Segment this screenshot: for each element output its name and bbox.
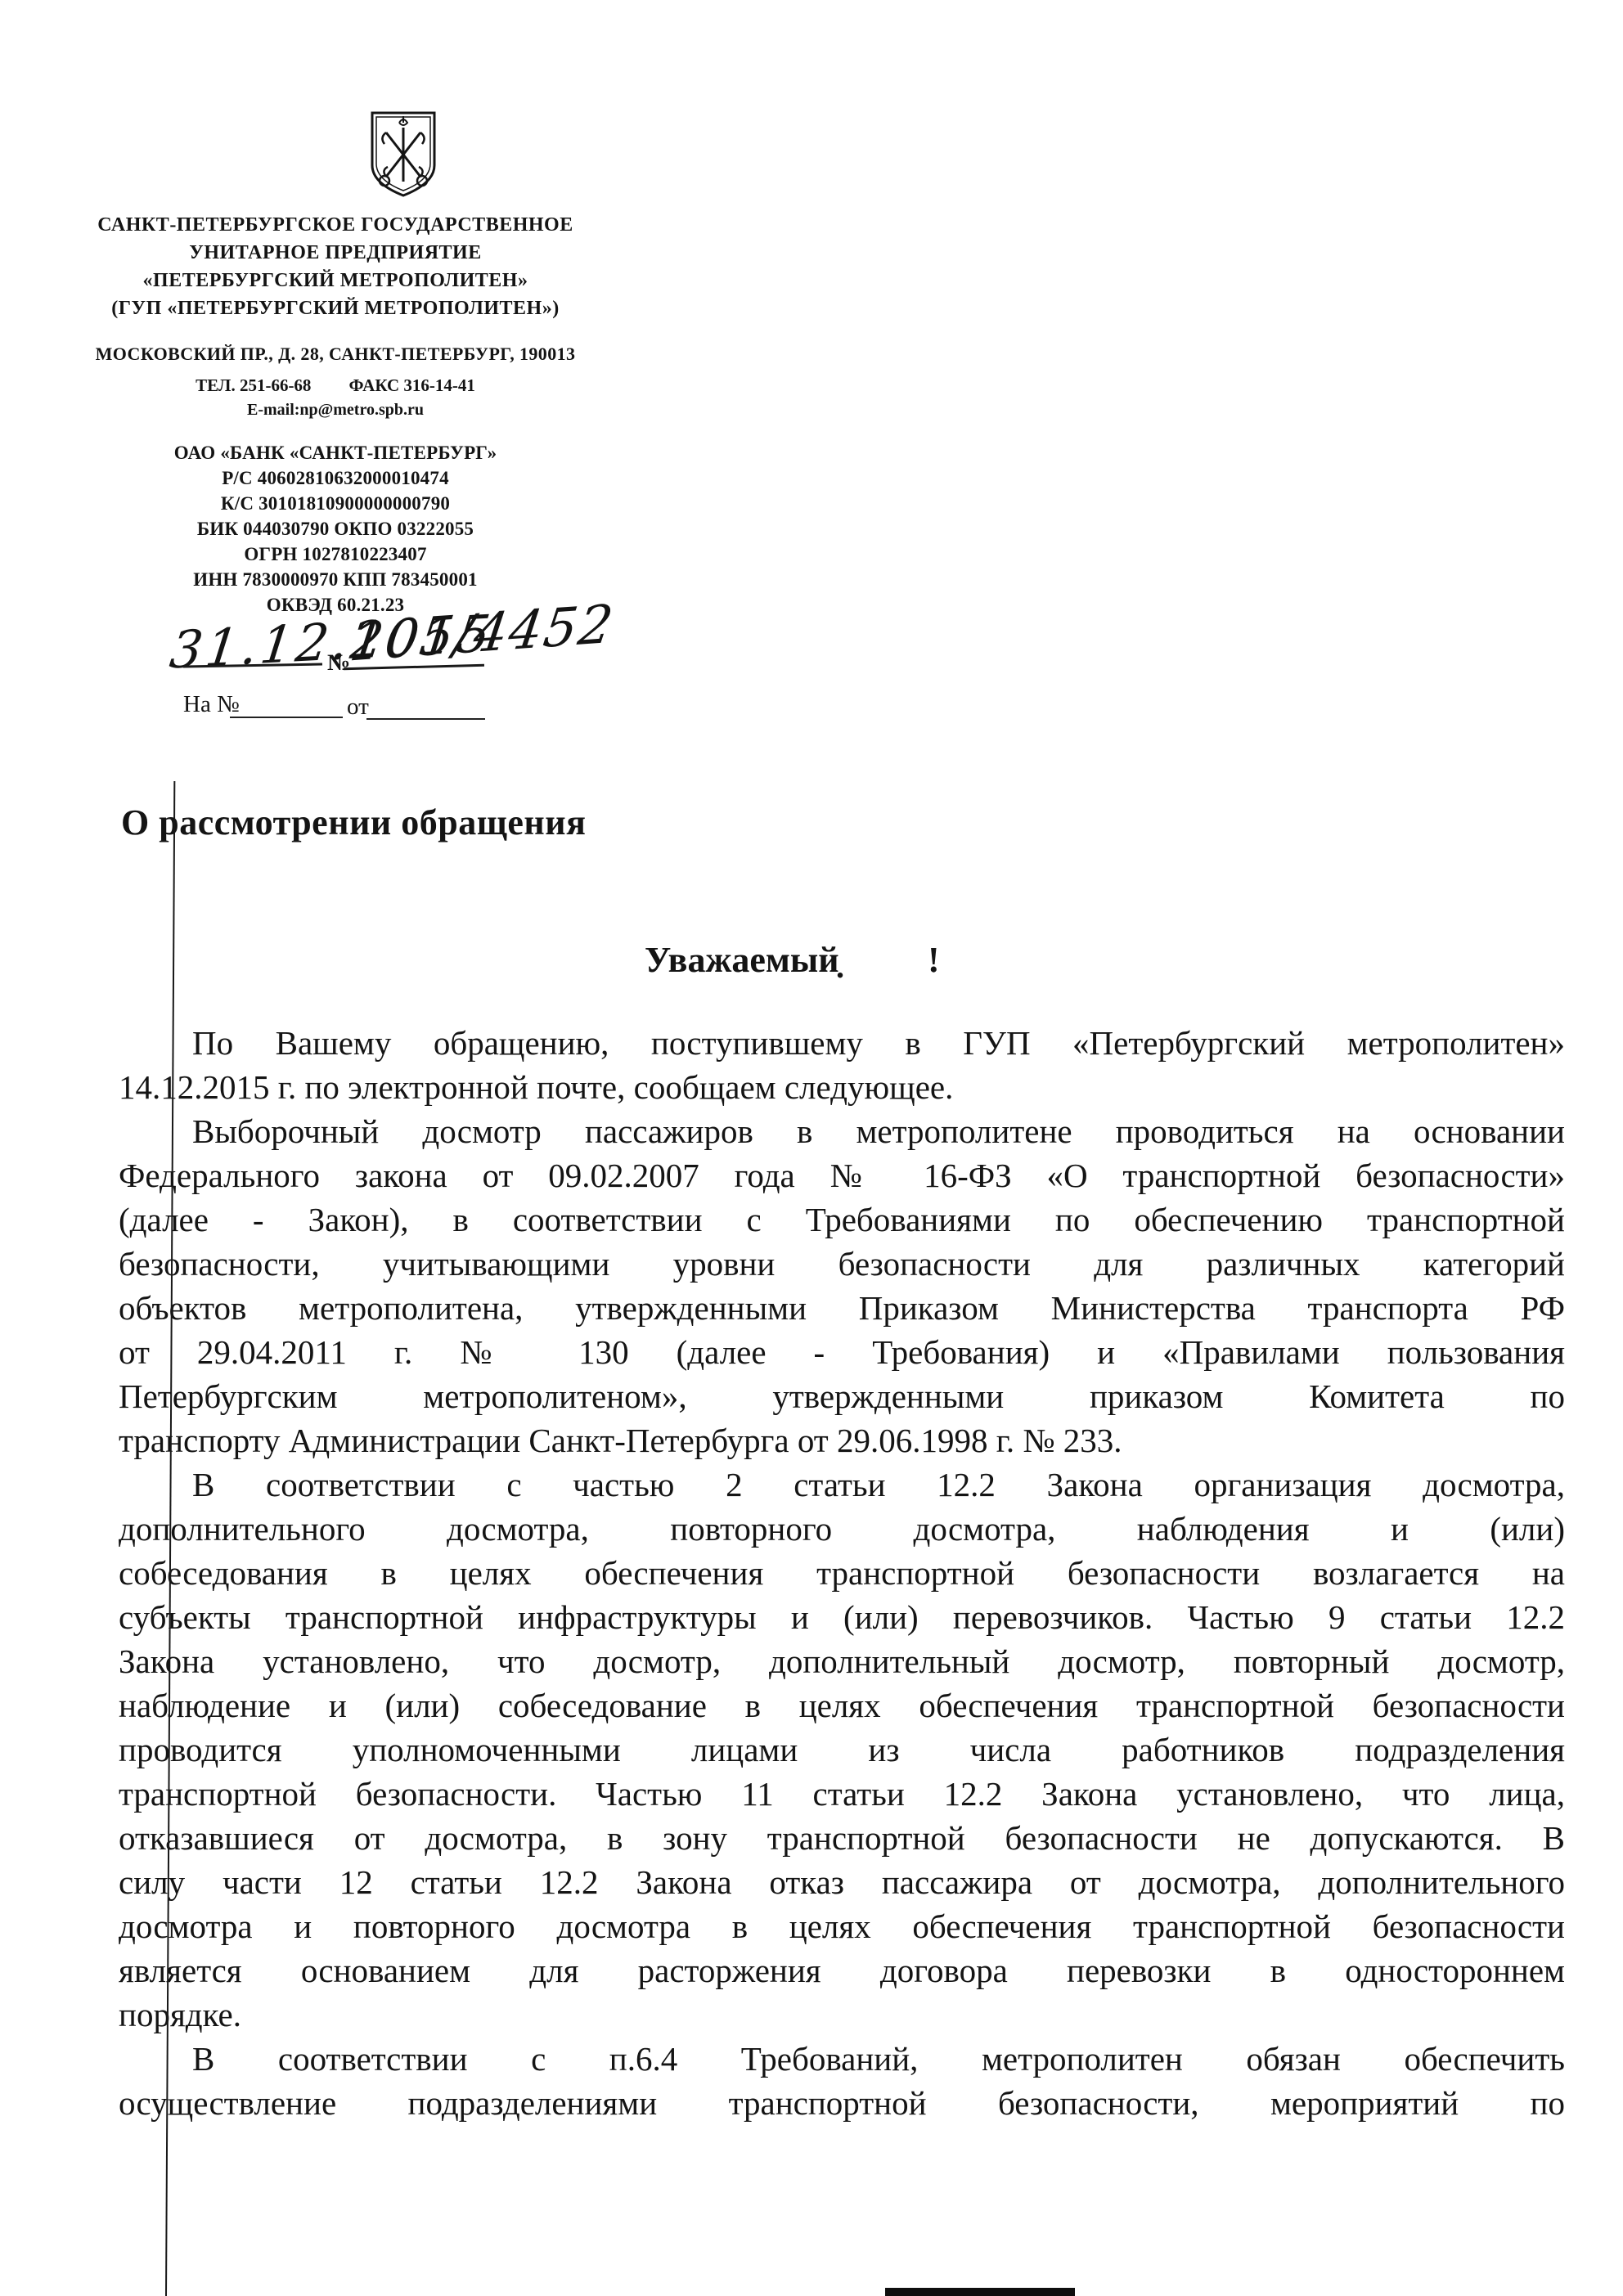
org-name-line: (ГУП «ПЕТЕРБУРГСКИЙ МЕТРОПОЛИТЕН») bbox=[49, 294, 622, 322]
bank-requisite-line: ОГРН 1027810223407 bbox=[49, 541, 622, 567]
body-line: безопасности, учитывающими уровни безопа… bbox=[119, 1242, 1565, 1286]
salutation-text: Уважаемый bbox=[645, 939, 839, 981]
organization-name-block: САНКТ-ПЕТЕРБУРГСКОЕ ГОСУДАРСТВЕННОЕ УНИТ… bbox=[49, 211, 622, 322]
org-name-line: УНИТАРНОЕ ПРЕДПРИЯТИЕ bbox=[49, 239, 622, 267]
body-line: досмотра и повторного досмотра в целях о… bbox=[119, 1904, 1565, 1948]
body-line: осуществление подразделениями транспортн… bbox=[119, 2081, 1565, 2125]
exclamation-mark: ! bbox=[928, 939, 940, 981]
body-line: Федерального закона от 09.02.2007 года №… bbox=[119, 1153, 1565, 1197]
body-line: дополнительного досмотра, повторного дос… bbox=[119, 1507, 1565, 1551]
body-line: Закона установлено, что досмотр, дополни… bbox=[119, 1639, 1565, 1683]
page-bottom-cut-mark bbox=[885, 2288, 1075, 2296]
reply-to-number-label: На № bbox=[183, 691, 240, 718]
body-line: В соответствии с п.6.4 Требований, метро… bbox=[119, 2037, 1565, 2081]
body-line: Петербургским метрополитеном», утвержден… bbox=[119, 1374, 1565, 1418]
body-line: Выборочный досмотр пассажиров в метропол… bbox=[119, 1109, 1565, 1153]
bank-details: ОАО «БАНК «САНКТ-ПЕТЕРБУРГ»Р/С 406028106… bbox=[49, 440, 622, 618]
body-line: отказавшиеся от досмотра, в зону транспо… bbox=[119, 1816, 1565, 1860]
scanned-letter-page: САНКТ-ПЕТЕРБУРГСКОЕ ГОСУДАРСТВЕННОЕ УНИТ… bbox=[0, 0, 1623, 2296]
bank-requisite-line: ОАО «БАНК «САНКТ-ПЕТЕРБУРГ» bbox=[49, 440, 622, 465]
body-line: является основанием для расторжения дого… bbox=[119, 1948, 1565, 1993]
phone-fax-line: ТЕЛ. 251-66-68ФАКС 316-14-41 bbox=[49, 375, 622, 396]
body-line: (далее - Закон), в соответствии с Требов… bbox=[119, 1197, 1565, 1242]
body-line: собеседования в целях обеспечения трансп… bbox=[119, 1551, 1565, 1595]
email-address: E-mail:np@metro.spb.ru bbox=[49, 401, 622, 420]
reply-date-blank bbox=[366, 718, 485, 720]
letter-subject: О рассмотрении обращения bbox=[121, 802, 586, 843]
org-name-line: «ПЕТЕРБУРГСКИЙ МЕТРОПОЛИТЕН» bbox=[49, 267, 622, 294]
body-line: объектов метрополитена, утвержденными Пр… bbox=[119, 1286, 1565, 1330]
postal-address: МОСКОВСКИЙ ПР., Д. 28, САНКТ-ПЕТЕРБУРГ, … bbox=[49, 344, 622, 365]
body-line: порядке. bbox=[119, 1993, 1565, 2037]
body-line: транспортной безопасности. Частью 11 ста… bbox=[119, 1772, 1565, 1816]
fax-number: ФАКС 316-14-41 bbox=[348, 375, 475, 395]
reply-number-blank bbox=[230, 717, 343, 718]
letter-body: По Вашему обращению, поступившему в ГУП … bbox=[119, 1021, 1565, 2125]
reply-from-label: от bbox=[347, 694, 369, 721]
body-line: субъекты транспортной инфраструктуры и (… bbox=[119, 1595, 1565, 1639]
spb-coat-of-arms-icon bbox=[368, 110, 438, 200]
phone-number: ТЕЛ. 251-66-68 bbox=[196, 375, 311, 395]
bank-requisite-line: ИНН 7830000970 КПП 783450001 bbox=[49, 567, 622, 592]
body-line: транспорту Администрации Санкт-Петербург… bbox=[119, 1418, 1565, 1463]
org-name-line: САНКТ-ПЕТЕРБУРГСКОЕ ГОСУДАРСТВЕННОЕ bbox=[49, 211, 622, 239]
body-line: от 29.04.2011 г. № 130 (далее - Требован… bbox=[119, 1330, 1565, 1374]
bank-requisite-line: Р/С 40602810632000010474 bbox=[49, 465, 622, 491]
body-line: силу части 12 статьи 12.2 Закона отказ п… bbox=[119, 1860, 1565, 1904]
body-line: наблюдение и (или) собеседование в целях… bbox=[119, 1683, 1565, 1728]
greeting-line: Уважаемый . ! bbox=[0, 939, 1623, 988]
bank-requisite-line: К/С 30101810900000000790 bbox=[49, 491, 622, 516]
redacted-name-dot: . bbox=[836, 947, 844, 986]
body-line: По Вашему обращению, поступившему в ГУП … bbox=[119, 1021, 1565, 1065]
bank-requisite-line: БИК 044030790 ОКПО 03222055 bbox=[49, 516, 622, 541]
body-line: В соответствии с частью 2 статьи 12.2 За… bbox=[119, 1463, 1565, 1507]
body-line: проводится уполномоченными лицами из чис… bbox=[119, 1728, 1565, 1772]
body-line: 14.12.2015 г. по электронной почте, сооб… bbox=[119, 1065, 1565, 1109]
